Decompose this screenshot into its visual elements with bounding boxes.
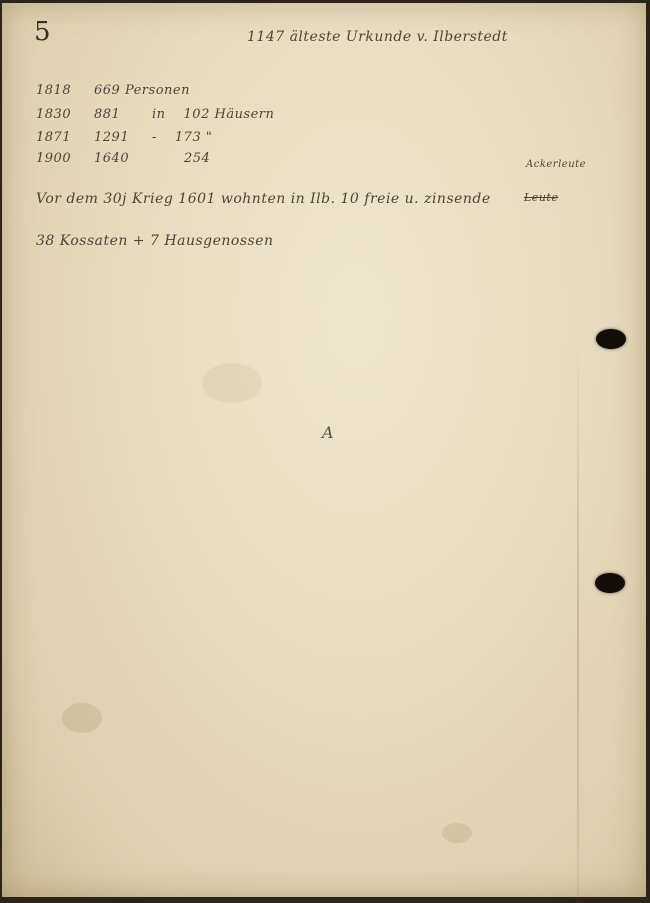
pop-houses: 254 [184, 151, 210, 166]
population-row: 1818 669 Personen [36, 83, 208, 98]
pop-year: 1818 [36, 83, 76, 98]
spacer [152, 151, 166, 166]
population-row: 1871 1291 - 173 " [36, 130, 230, 145]
pop-count: 1291 [94, 130, 134, 145]
pop-count: 1640 [94, 151, 134, 166]
pop-count: 881 [94, 107, 134, 122]
war-note-line: Vor dem 30j Krieg 1601 wohnten in Ilb. 1… [36, 191, 491, 207]
pop-year: 1900 [36, 151, 76, 166]
punch-hole [595, 573, 625, 593]
pop-year: 1830 [36, 107, 76, 122]
header-note: 1147 älteste Urkunde v. Ilberstedt [247, 29, 508, 45]
inserted-word: Ackerleute [526, 159, 586, 170]
kossaten-line: 38 Kossaten + 7 Hausgenossen [36, 233, 274, 249]
pop-mid: in [152, 107, 166, 122]
document-page: 5 1147 älteste Urkunde v. Ilberstedt 181… [2, 3, 646, 897]
stray-mark: A [322, 423, 334, 442]
page-number: 5 [34, 17, 51, 47]
struck-word: Leute [524, 191, 558, 204]
stain [62, 703, 102, 733]
pop-count: 669 Personen [94, 83, 190, 98]
pop-year: 1871 [36, 130, 76, 145]
pop-houses: 173 " [175, 130, 212, 145]
population-row: 1830 881 in 102 Häusern [36, 107, 292, 122]
stain [442, 823, 472, 843]
stain [202, 363, 262, 403]
pop-mid: - [152, 130, 157, 145]
punch-hole [596, 329, 626, 349]
pop-houses: 102 Häusern [184, 107, 275, 122]
population-row: 1900 1640 254 [36, 151, 228, 166]
paper-crease [577, 323, 579, 900]
